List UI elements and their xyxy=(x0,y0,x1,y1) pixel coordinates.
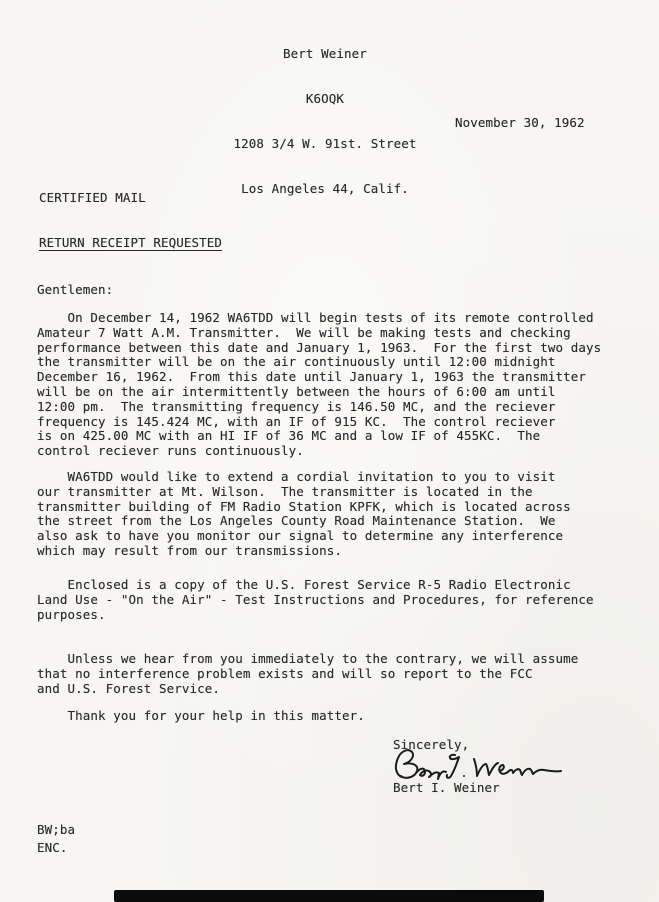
letterhead-street: 1208 3/4 W. 91st. Street xyxy=(95,136,555,151)
paragraph-1: On December 14, 1962 WA6TDD will begin t… xyxy=(37,311,601,459)
greeting: Gentlemen: xyxy=(37,282,113,297)
letter-page: Bert Weiner K6OQK 1208 3/4 W. 91st. Stre… xyxy=(0,0,659,902)
paragraph-2: WA6TDD would like to extend a cordial in… xyxy=(37,470,571,559)
return-receipt-line: RETURN RECEIPT REQUESTED xyxy=(39,235,222,251)
typed-signature-name: Bert I. Weiner xyxy=(393,780,500,795)
paragraph-5: Thank you for your help in this matter. xyxy=(37,708,365,723)
mail-notice: CERTIFIED MAIL RETURN RECEIPT REQUESTED xyxy=(39,160,222,281)
letterhead-callsign: K6OQK xyxy=(95,91,555,106)
paragraph-4: Unless we hear from you immediately to t… xyxy=(37,652,578,696)
certified-mail-line: CERTIFIED MAIL xyxy=(39,190,222,205)
enclosure-notation: ENC. xyxy=(37,840,68,855)
reference-initials: BW;ba xyxy=(37,822,75,837)
date-line: November 30, 1962 xyxy=(455,115,585,130)
paragraph-3: Enclosed is a copy of the U.S. Forest Se… xyxy=(37,578,594,622)
redaction-bar xyxy=(114,890,544,902)
letterhead-name: Bert Weiner xyxy=(95,46,555,61)
